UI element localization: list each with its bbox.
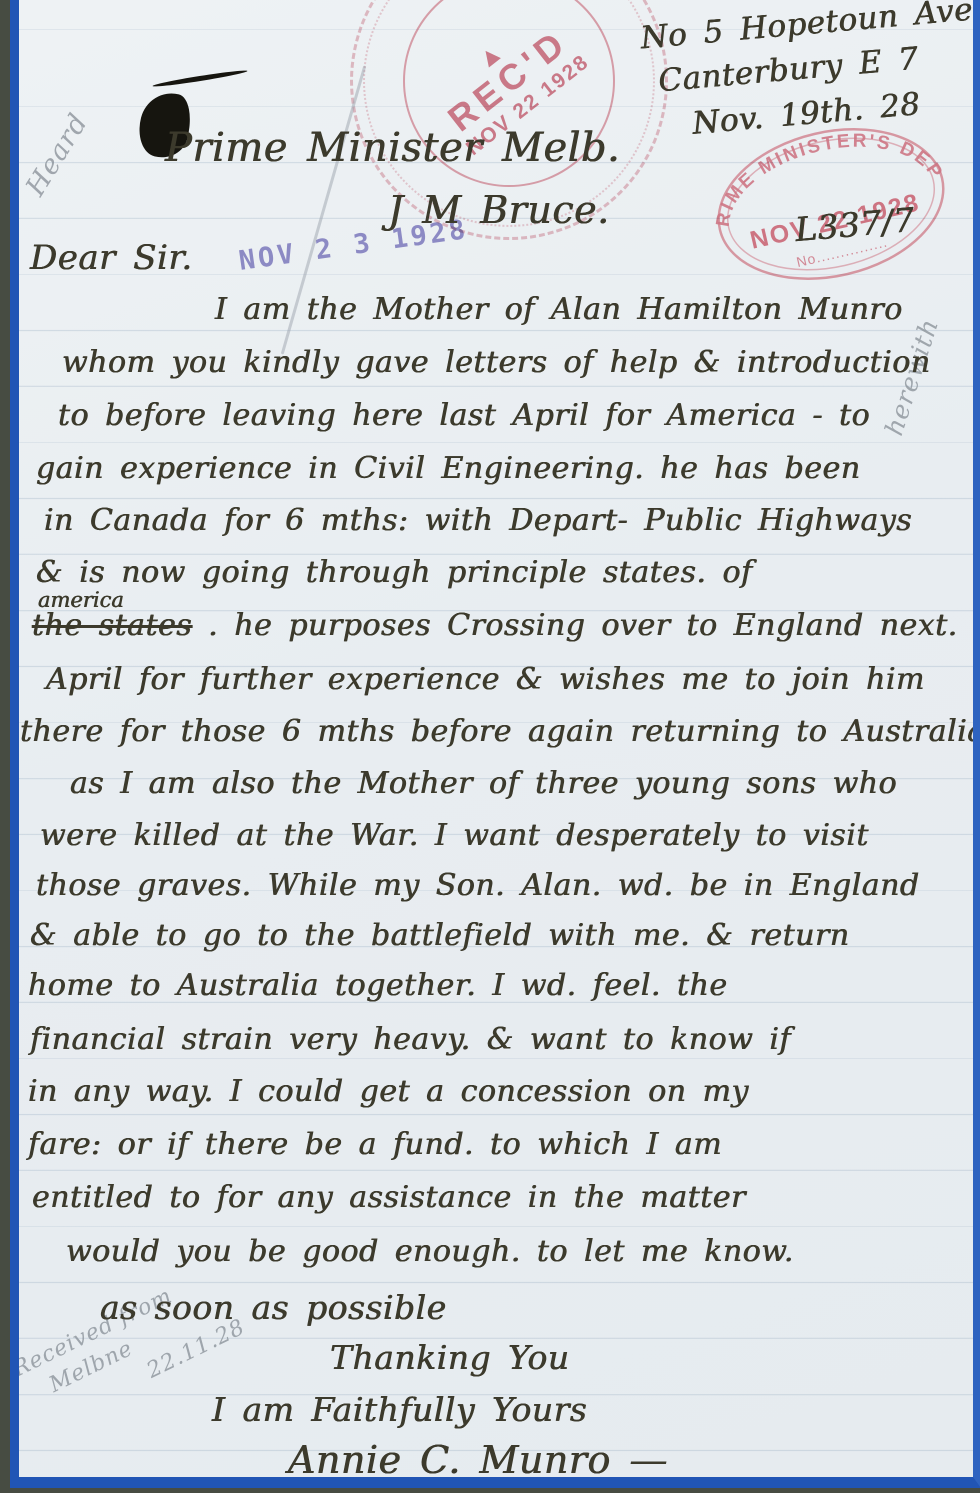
letter-line: entitled to for any assistance in the ma… (32, 1180, 746, 1215)
closing-line: I am Faithfully Yours (212, 1390, 587, 1429)
recipient-line: Prime Minister Melb. (165, 125, 620, 171)
recipient-line: J M Bruce. (388, 188, 610, 232)
signature: Annie C. Munro — (288, 1438, 668, 1482)
page-content: ▲ REC'D NOV 22 1928 PRIME MINISTER'S DEP… (10, 0, 980, 1477)
letter-line: & able to go to the battlefield with me.… (30, 918, 850, 953)
letter-line: fare: or if there be a fund. to which I … (28, 1127, 722, 1162)
letter-line: were killed at the War. I want desperate… (40, 818, 869, 853)
letter-line: in Canada for 6 mths: with Depart- Publi… (44, 503, 912, 538)
letter-line: . he purposes Crossing over to England n… (208, 608, 958, 643)
letter-line: home to Australia together. I wd. feel. … (28, 968, 728, 1003)
letter-line: would you be good enough. to let me know… (66, 1234, 794, 1269)
letter-line: there for those 6 mths before again retu… (20, 714, 980, 749)
struck-words: the states (32, 608, 192, 643)
closing-line: Thanking You (330, 1338, 570, 1377)
letter-page: ▲ REC'D NOV 22 1928 PRIME MINISTER'S DEP… (10, 0, 980, 1488)
letter-line: financial strain very heavy. & want to k… (30, 1022, 791, 1057)
letter-line: as I am also the Mother of three young s… (70, 766, 897, 801)
letter-line: those graves. While my Son. Alan. wd. be… (36, 868, 920, 903)
letter-line: I am the Mother of Alan Hamilton Munro (215, 292, 903, 327)
letter-line: to before leaving here last April for Am… (58, 398, 870, 433)
letter-line: in any way. I could get a concession on … (28, 1074, 749, 1109)
letter-line: April for further experience & wishes me… (46, 662, 925, 697)
closing-line: as soon as possible (100, 1288, 447, 1327)
salutation: Dear Sir. (30, 238, 193, 278)
inserted-word: america (38, 588, 124, 612)
letter-line-correction: americathe states. he purposes Crossing … (32, 608, 958, 643)
letter-line: & is now going through principle states.… (36, 555, 753, 590)
letter-line: whom you kindly gave letters of help & i… (62, 345, 931, 380)
letter-line: gain experience in Civil Engineering. he… (36, 451, 861, 486)
